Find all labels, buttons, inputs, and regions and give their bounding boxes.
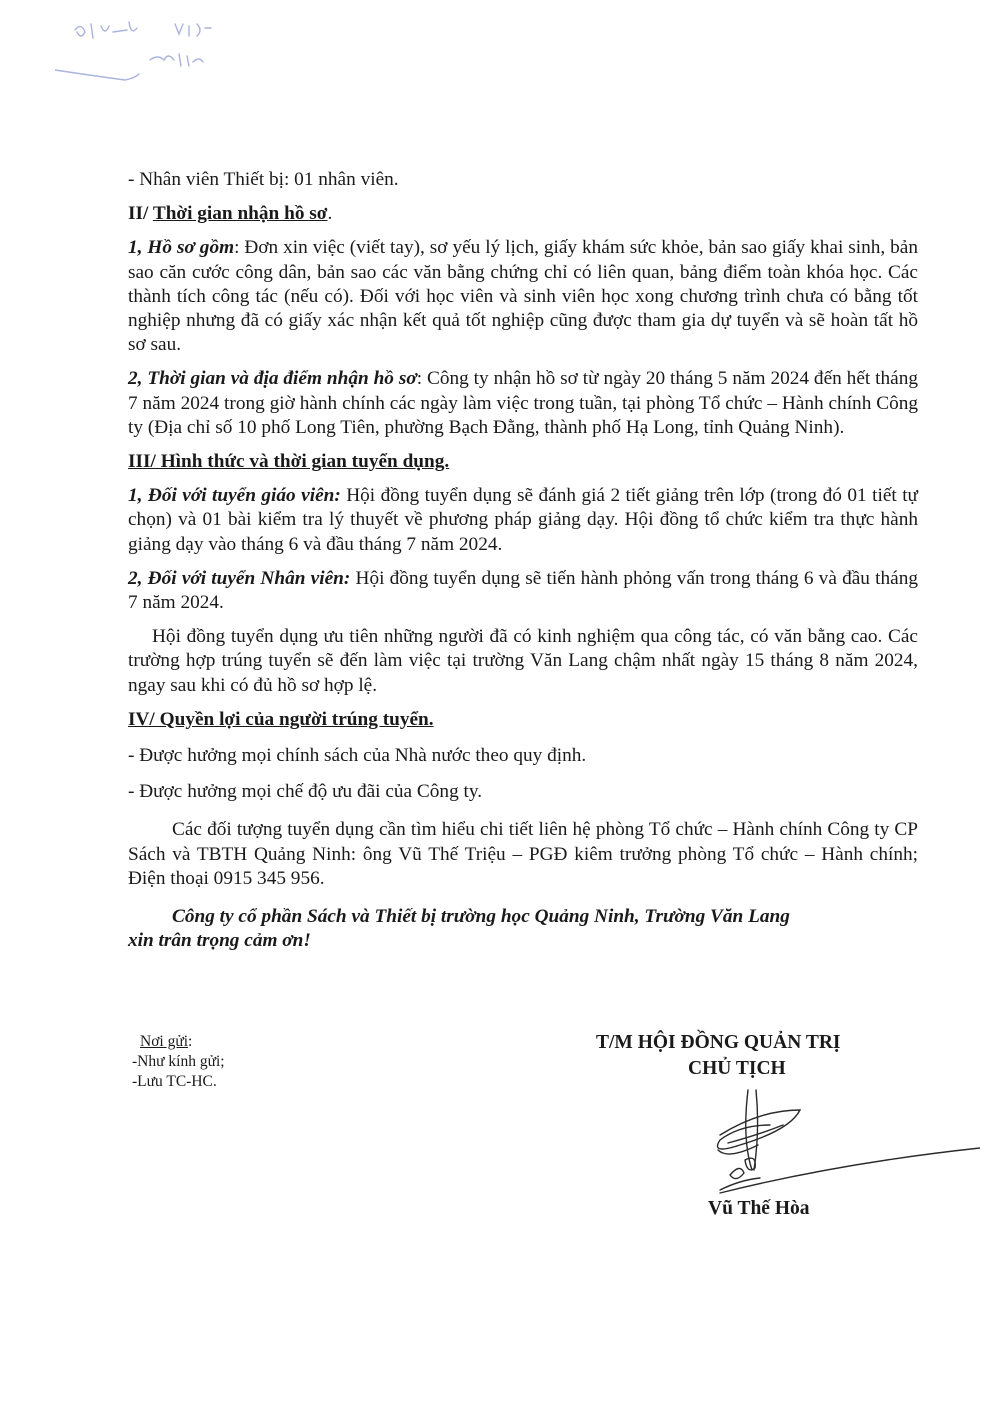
benefit-item: - Được hưởng mọi chính sách của Nhà nước… — [128, 744, 918, 768]
document-body: - Nhân viên Thiết bị: 01 nhân viên. II/ … — [128, 168, 918, 953]
signer-name: Vũ Thế Hòa — [708, 1198, 810, 1220]
priority-paragraph: Hội đồng tuyển dụng ưu tiên những người … — [128, 625, 918, 698]
handwritten-margin-note — [55, 12, 295, 82]
recipients-block: Nơi gửi: -Như kính gửi; -Lưu TC-HC. — [132, 1032, 225, 1092]
section-2-heading: II/ Thời gian nhận hồ sơ. — [128, 202, 918, 226]
section-3-item-1: 1, Đối với tuyển giáo viên: Hội đồng tuy… — [128, 484, 918, 557]
section-3-heading: III/ Hình thức và thời gian tuyển dụng. — [128, 450, 918, 474]
position-title: CHỦ TỊCH — [688, 1056, 896, 1082]
recipient-item: -Lưu TC-HC. — [132, 1072, 225, 1092]
section-2-item-2: 2, Thời gian và địa điểm nhận hồ sơ: Côn… — [128, 367, 918, 440]
staff-equipment-line: - Nhân viên Thiết bị: 01 nhân viên. — [128, 168, 918, 192]
section-3-item-2: 2, Đối với tuyển Nhân viên: Hội đồng tuy… — [128, 567, 918, 615]
on-behalf-title: T/M HỘI ĐỒNG QUẢN TRỊ — [596, 1030, 896, 1056]
benefit-item: - Được hưởng mọi chế độ ưu đãi của Công … — [128, 780, 918, 804]
closing-thanks: xin trân trọng cảm ơn! — [128, 929, 918, 953]
recipients-title: Nơi gửi — [140, 1033, 188, 1050]
handwritten-signature — [690, 1085, 980, 1210]
contact-paragraph: Các đối tượng tuyển dụng cần tìm hiểu ch… — [128, 818, 918, 891]
signature-block: T/M HỘI ĐỒNG QUẢN TRỊ CHỦ TỊCH — [596, 1030, 896, 1082]
closing-line: Công ty cổ phần Sách và Thiết bị trường … — [128, 905, 918, 929]
recipient-item: -Như kính gửi; — [132, 1052, 225, 1072]
section-4-heading: IV/ Quyền lợi của người trúng tuyển. — [128, 708, 918, 732]
section-2-item-1: 1, Hồ sơ gồm: Đơn xin việc (viết tay), s… — [128, 236, 918, 357]
